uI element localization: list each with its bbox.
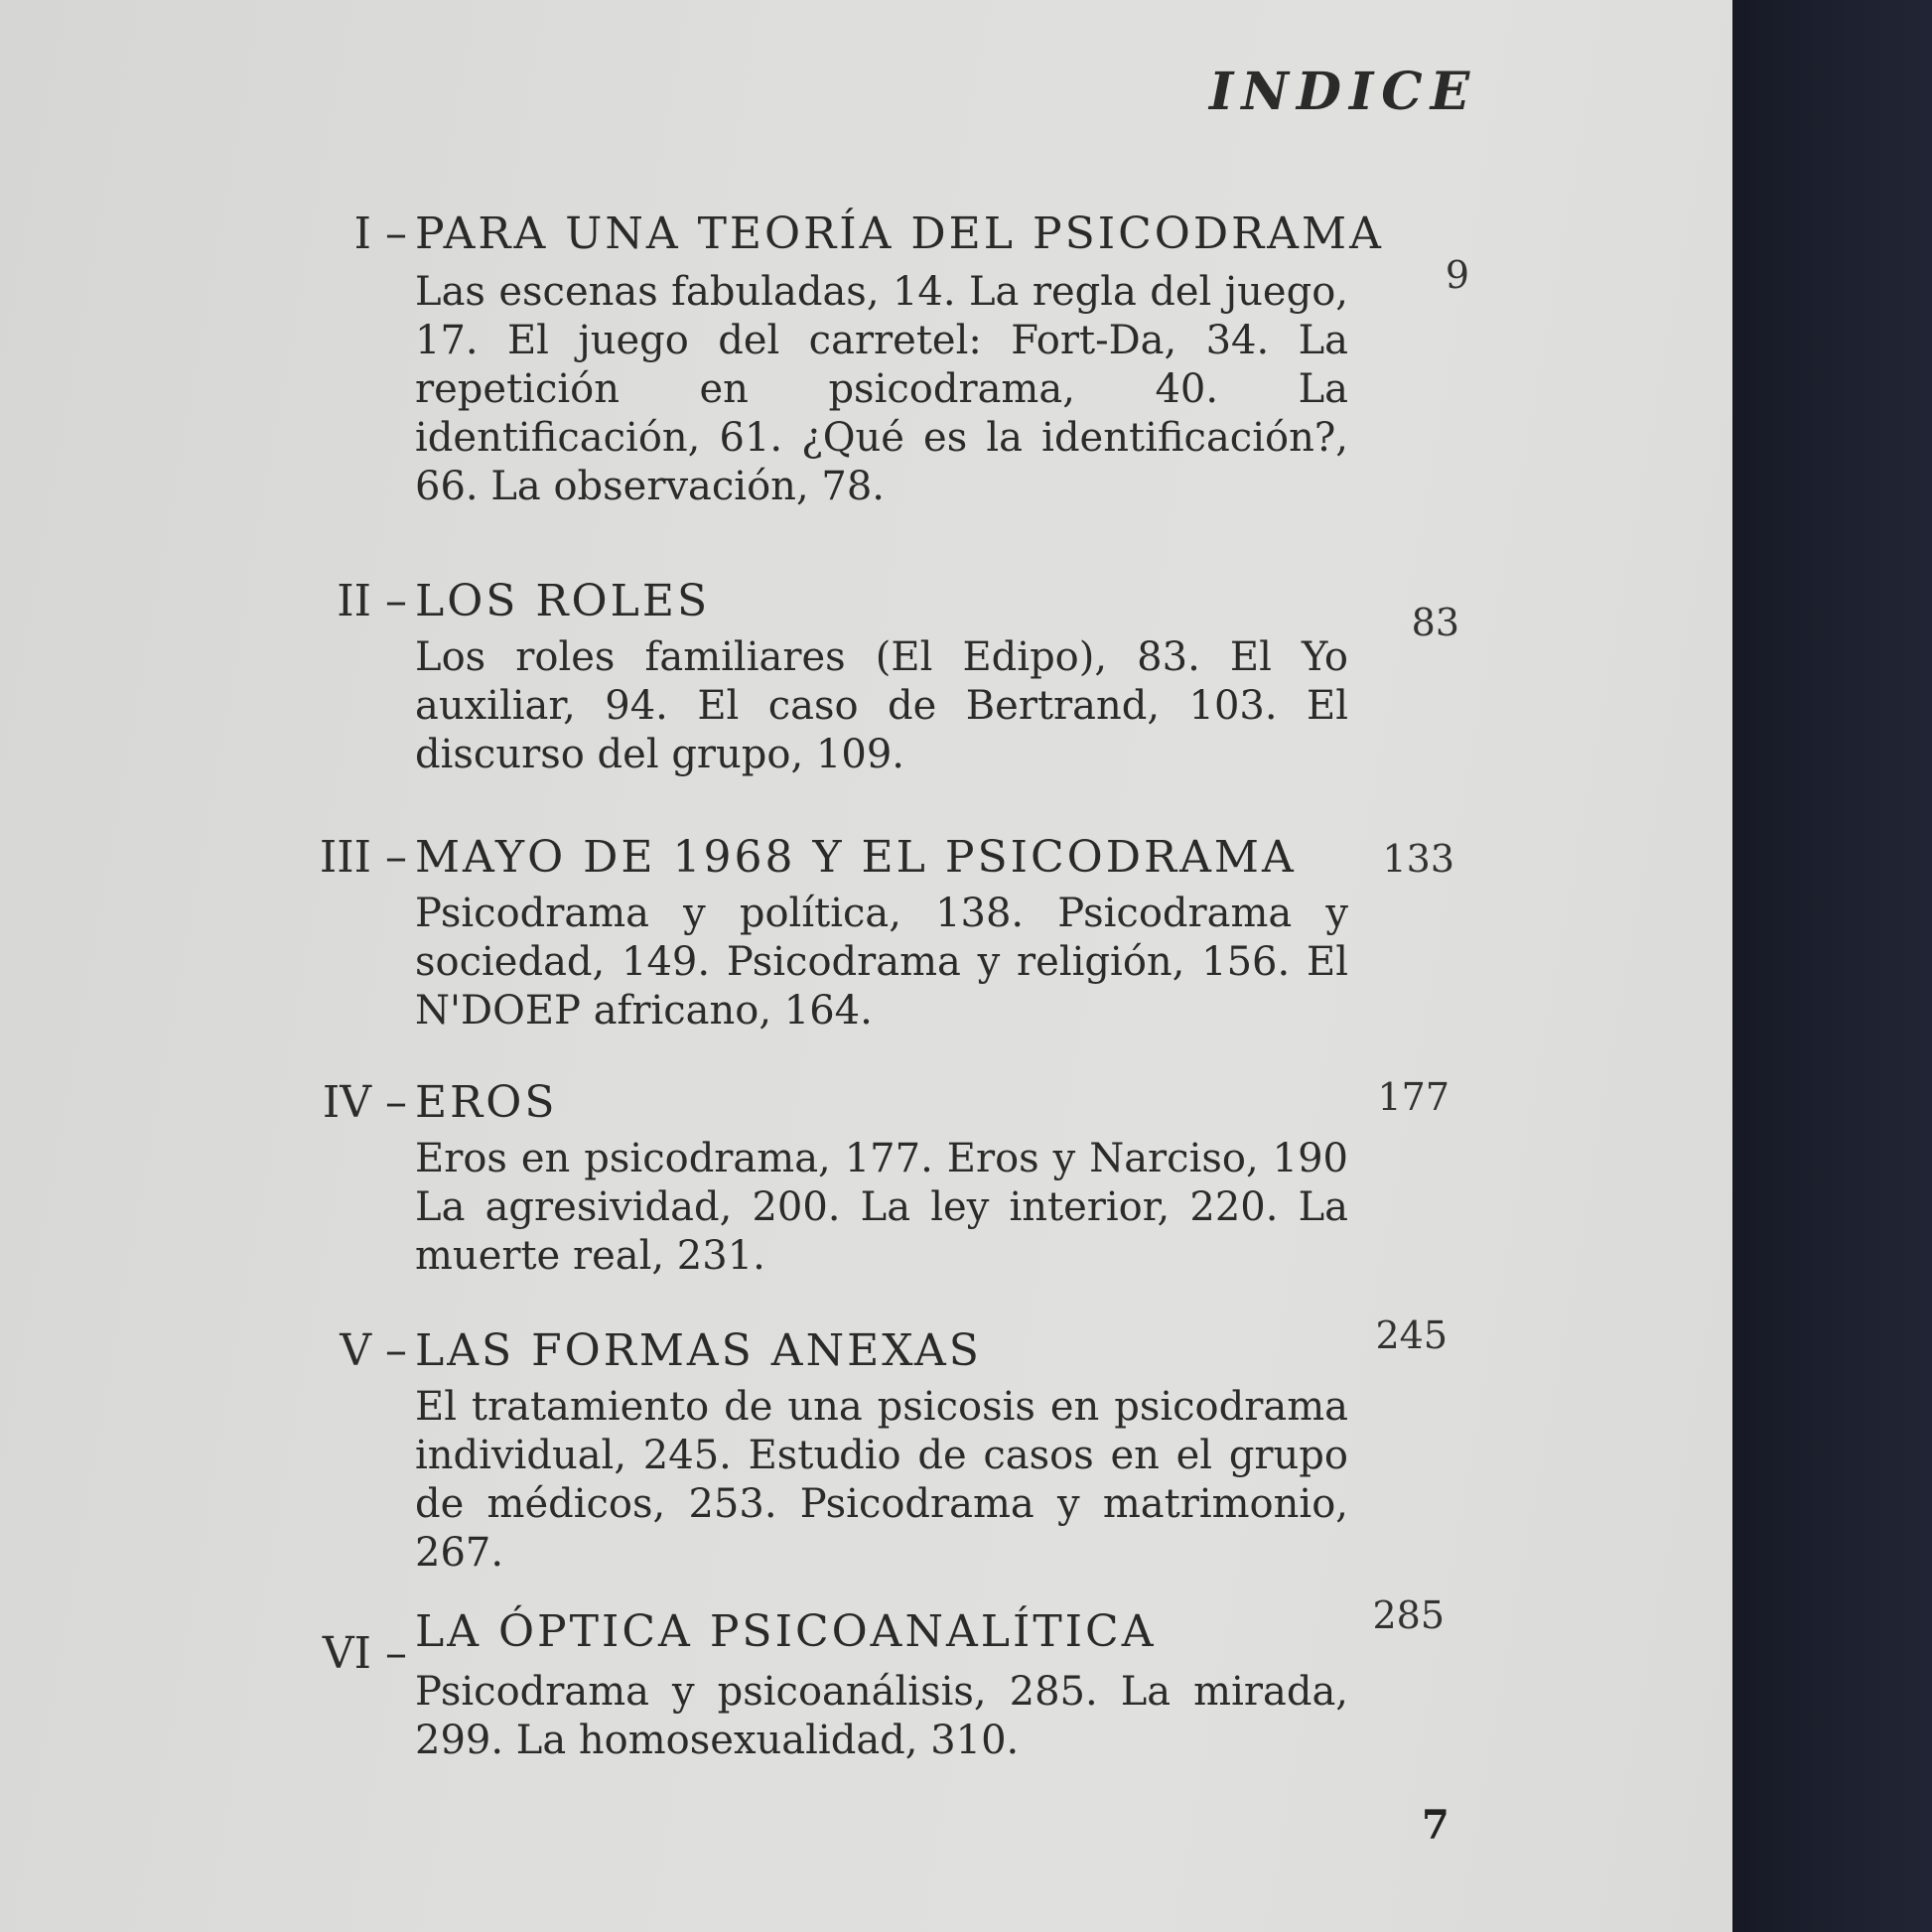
page-title: INDICE [1209,62,1477,122]
page-number: 7 [1422,1802,1449,1849]
chapter-page: 9 [1350,253,1469,297]
chapter-numeral: IV – [288,1077,407,1128]
chapter-title: MAYO DE 1968 Y EL PSICODRAMA [415,832,1297,883]
chapter-summary: Psicodrama y psicoanálisis, 285. La mira… [415,1668,1348,1765]
chapter-page: 177 [1330,1075,1449,1119]
dark-background [1732,0,1932,1932]
chapter-title: EROS [415,1077,557,1128]
chapter-numeral: III – [288,832,407,883]
chapter-summary: Las escenas fabuladas, 14. La regla del … [415,268,1348,511]
chapter-page: 245 [1328,1313,1448,1357]
book-page: INDICE I – PARA UNA TEORÍA DEL PSICODRAM… [0,0,1732,1932]
chapter-summary: Eros en psicodrama, 177. Eros y Narciso,… [415,1135,1348,1281]
chapter-numeral: II – [288,576,407,626]
chapter-numeral: VI – [288,1628,407,1679]
chapter-numeral: I – [288,208,407,259]
chapter-numeral: V – [288,1325,407,1376]
chapter-title: LA ÓPTICA PSICOANALÍTICA [415,1606,1157,1657]
chapter-page: 83 [1340,601,1459,644]
chapter-summary: Psicodrama y política, 138. Psicodrama y… [415,890,1348,1035]
chapter-summary: El tratamiento de una psicosis en psicod… [415,1383,1348,1578]
chapter-title: LAS FORMAS ANEXAS [415,1325,982,1376]
chapter-title: LOS ROLES [415,576,710,626]
chapter-page: 133 [1335,837,1454,881]
chapter-page: 285 [1325,1593,1445,1637]
chapter-summary: Los roles familiares (El Edipo), 83. El … [415,633,1348,779]
chapter-title: PARA UNA TEORÍA DEL PSICODRAMA [415,208,1384,259]
